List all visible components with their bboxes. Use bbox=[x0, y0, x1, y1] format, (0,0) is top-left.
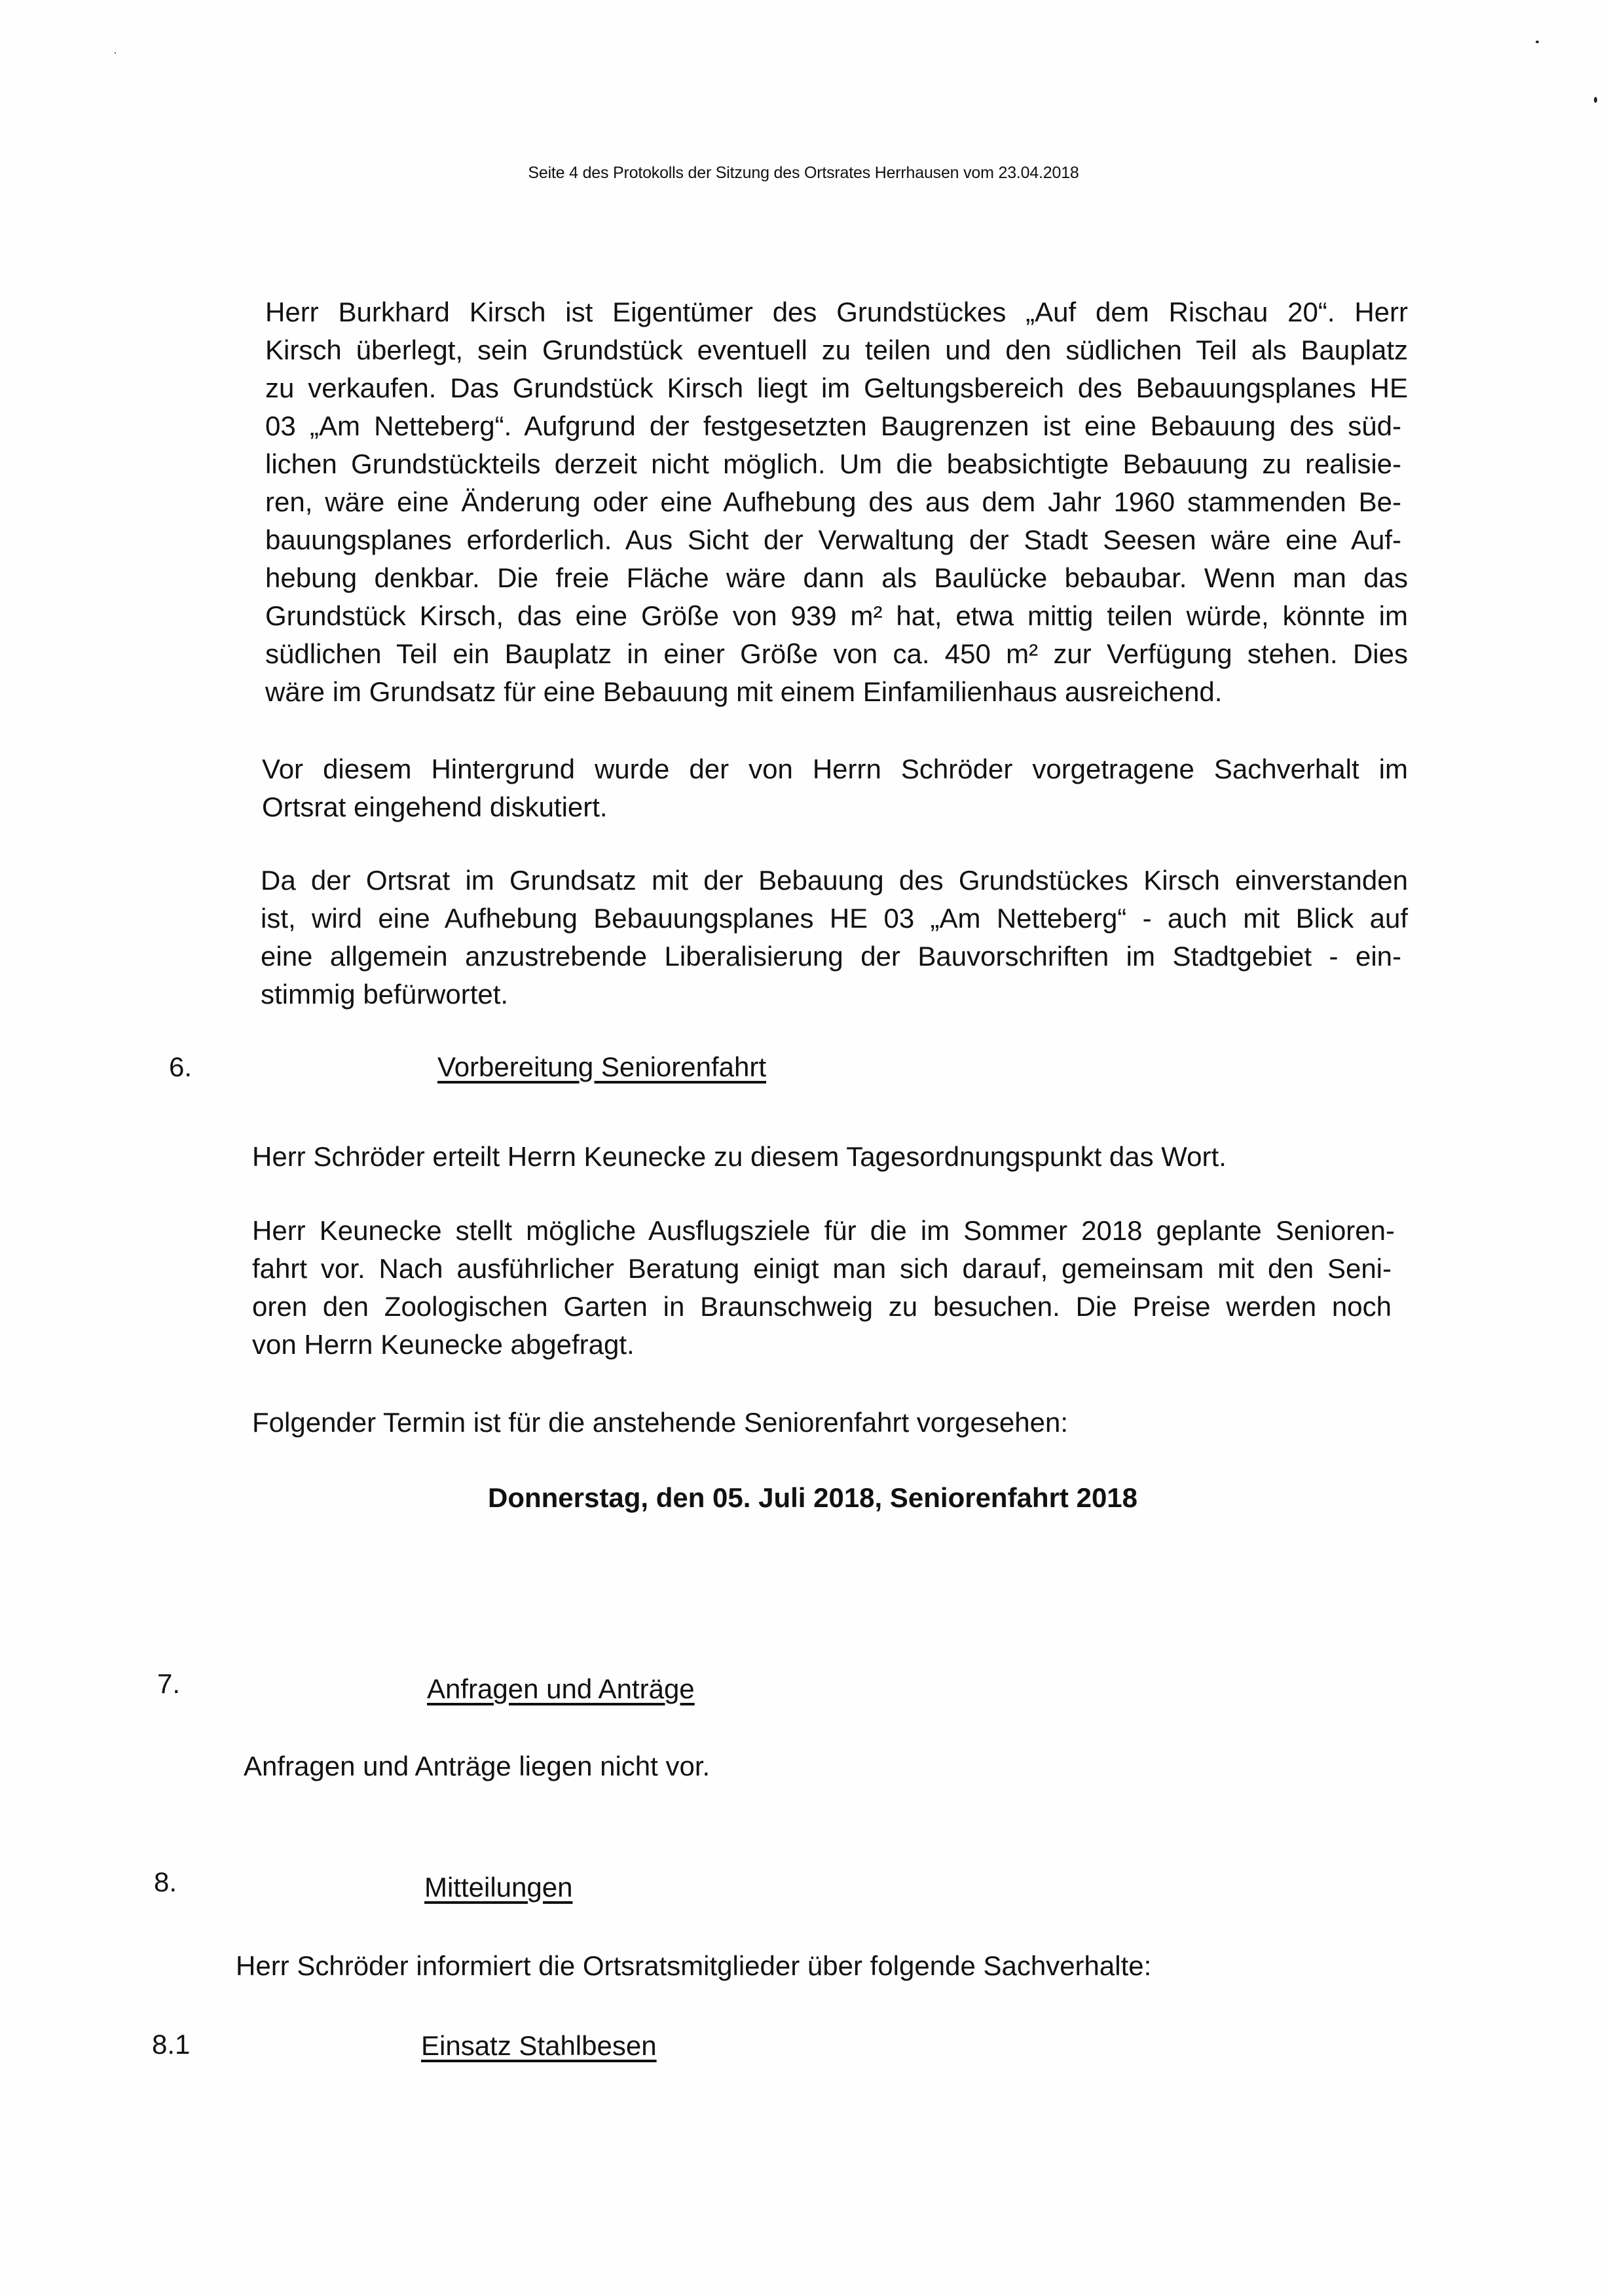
page-header: Seite 4 des Protokolls der Sitzung des O… bbox=[0, 164, 1607, 183]
text-line: Herr Schröder informiert die Ortsratsmit… bbox=[236, 1950, 1151, 1982]
text-line: hebung denkbar. Die freie Fläche wäre da… bbox=[265, 562, 1408, 594]
scan-speck bbox=[1536, 41, 1539, 43]
scan-speck bbox=[115, 52, 116, 54]
text-line: bauungsplanes erforderlich. Aus Sicht de… bbox=[265, 524, 1401, 556]
text-line: stimmig befürwortet. bbox=[261, 978, 508, 1011]
text-line: Herr Schröder erteilt Herrn Keunecke zu … bbox=[252, 1140, 1227, 1173]
text-line: Anfragen und Anträge liegen nicht vor. bbox=[244, 1750, 710, 1783]
text-line: Grundstück Kirsch, das eine Größe von 93… bbox=[265, 600, 1408, 632]
text-line: Folgender Termin ist für die anstehende … bbox=[252, 1406, 1068, 1439]
text-line: fahrt vor. Nach ausführlicher Beratung e… bbox=[252, 1252, 1392, 1285]
text-line: Vor diesem Hintergrund wurde der von Her… bbox=[262, 753, 1408, 786]
section-title: Mitteilungen bbox=[424, 1871, 572, 1904]
event-date: Donnerstag, den 05. Juli 2018, Seniorenf… bbox=[488, 1482, 1137, 1514]
text-line: eine allgemein anzustrebende Liberalisie… bbox=[261, 940, 1401, 973]
text-line: ist, wird eine Aufhebung Bebauungsplanes… bbox=[261, 902, 1408, 935]
text-line: 03 „Am Netteberg“. Aufgrund der festgese… bbox=[265, 410, 1401, 443]
text-line: Da der Ortsrat im Grundsatz mit der Beba… bbox=[261, 864, 1408, 897]
section-title: Anfragen und Anträge bbox=[427, 1673, 695, 1705]
text-line: wäre im Grundsatz für eine Bebauung mit … bbox=[265, 676, 1222, 708]
text-line: südlichen Teil ein Bauplatz in einer Grö… bbox=[265, 638, 1408, 670]
section-title: Einsatz Stahlbesen bbox=[421, 2030, 657, 2062]
section-number: 6. bbox=[169, 1051, 192, 1084]
text-line: oren den Zoologischen Garten in Braunsch… bbox=[252, 1290, 1392, 1323]
section-number: 8. bbox=[154, 1866, 177, 1899]
section-number: 7. bbox=[157, 1667, 180, 1700]
section-number: 8.1 bbox=[152, 2028, 190, 2061]
text-line: Herr Burkhard Kirsch ist Eigentümer des … bbox=[265, 296, 1408, 329]
section-title: Vorbereitung Seniorenfahrt bbox=[437, 1051, 766, 1084]
text-line: ren, wäre eine Änderung oder eine Aufheb… bbox=[265, 486, 1401, 519]
text-line: Herr Keunecke stellt mögliche Ausflugszi… bbox=[252, 1214, 1395, 1247]
text-line: lichen Grundstückteils derzeit nicht mög… bbox=[265, 448, 1401, 481]
text-line: von Herrn Keunecke abgefragt. bbox=[252, 1328, 635, 1361]
text-line: Kirsch überlegt, sein Grundstück eventue… bbox=[265, 334, 1408, 367]
text-line: zu verkaufen. Das Grundstück Kirsch lieg… bbox=[265, 372, 1408, 405]
scan-speck bbox=[1594, 97, 1597, 103]
document-page: Seite 4 des Protokolls der Sitzung des O… bbox=[0, 0, 1607, 2296]
text-line: Ortsrat eingehend diskutiert. bbox=[262, 791, 608, 824]
